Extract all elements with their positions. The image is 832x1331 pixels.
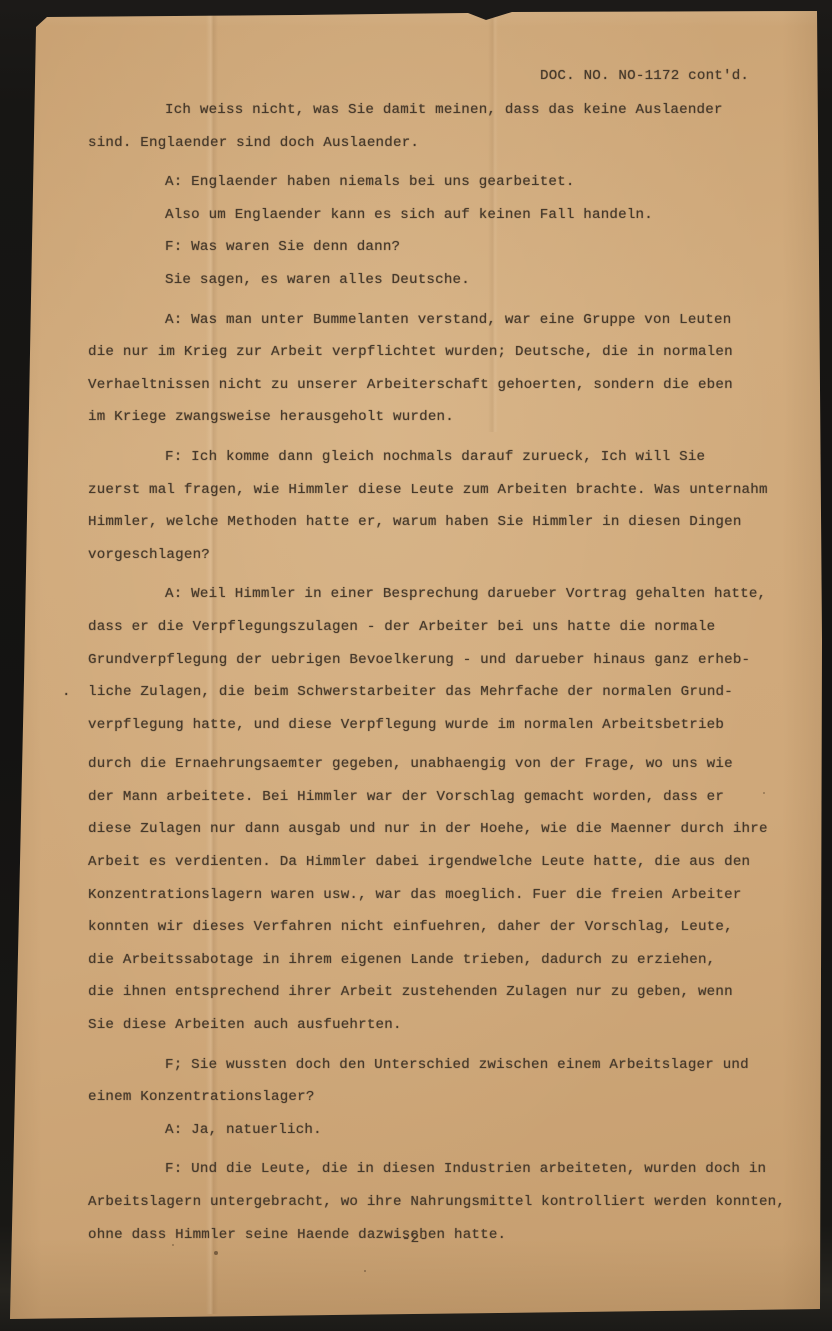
- text-line: F; Sie wussten doch den Unterschied zwis…: [88, 1055, 794, 1088]
- text-line: Arbeit es verdienten. Da Himmler dabei i…: [88, 852, 794, 885]
- text-line: A: Englaender haben niemals bei uns gear…: [88, 172, 794, 205]
- text-line: konnten wir dieses Verfahren nicht einfu…: [88, 917, 794, 950]
- text-line: Also um Englaender kann es sich auf kein…: [88, 205, 794, 238]
- text-line: Grundverpflegung der uebrigen Bevoelkeru…: [88, 650, 794, 683]
- paper-specks: [0, 0, 2, 2]
- text-line: der Mann arbeitete. Bei Himmler war der …: [88, 787, 794, 820]
- text-line: durch die Ernaehrungsaemter gegeben, una…: [88, 754, 794, 787]
- text-line: A: Was man unter Bummelanten verstand, w…: [88, 310, 794, 343]
- text-line: die Arbeitssabotage in ihrem eigenen Lan…: [88, 950, 794, 983]
- text-line: sind. Englaender sind doch Auslaender.: [88, 133, 794, 166]
- text-line: Verhaeltnissen nicht zu unserer Arbeiter…: [88, 375, 794, 408]
- text-line: dass er die Verpflegungszulagen - der Ar…: [88, 617, 794, 650]
- document-page: DOC. NO. NO-1172 cont'd. Ich weiss nicht…: [0, 0, 832, 1331]
- text-line: A: Weil Himmler in einer Besprechung dar…: [88, 584, 794, 617]
- text-line: Himmler, welche Methoden hatte er, warum…: [88, 512, 794, 545]
- text-line: F: Ich komme dann gleich nochmals darauf…: [88, 447, 794, 480]
- text-line: F: Was waren Sie denn dann?: [88, 237, 794, 270]
- text-line: Sie sagen, es waren alles Deutsche.: [88, 270, 794, 303]
- text-line: im Kriege zwangsweise herausgeholt wurde…: [88, 407, 794, 440]
- typewritten-text: Ich weiss nicht, was Sie damit meinen, d…: [88, 100, 794, 1257]
- text-line: Sie diese Arbeiten auch ausfuehrten.: [88, 1015, 794, 1048]
- text-line: die ihnen entsprechend ihrer Arbeit zust…: [88, 982, 794, 1015]
- text-line: vorgeschlagen?: [88, 545, 794, 578]
- text-line: die nur im Krieg zur Arbeit verpflichtet…: [88, 342, 794, 375]
- text-line: . liche Zulagen, die beim Schwerstarbeit…: [62, 682, 794, 715]
- text-line: Arbeitslagern untergebracht, wo ihre Nah…: [88, 1192, 794, 1225]
- text-line: A: Ja, natuerlich.: [88, 1120, 794, 1153]
- text-line: verpflegung hatte, und diese Verpflegung…: [88, 715, 794, 748]
- text-line: zuerst mal fragen, wie Himmler diese Leu…: [88, 480, 794, 513]
- text-line: diese Zulagen nur dann ausgab und nur in…: [88, 819, 794, 852]
- text-line: Konzentrationslagern waren usw., war das…: [88, 885, 794, 918]
- text-line: F: Und die Leute, die in diesen Industri…: [88, 1159, 794, 1192]
- page-number: -2-: [330, 1231, 500, 1247]
- photo-background: DOC. NO. NO-1172 cont'd. Ich weiss nicht…: [0, 0, 832, 1331]
- text-line: Ich weiss nicht, was Sie damit meinen, d…: [88, 100, 794, 133]
- text-line: einem Konzentrationslager?: [88, 1087, 794, 1120]
- doc-number: DOC. NO. NO-1172 cont'd.: [540, 68, 749, 84]
